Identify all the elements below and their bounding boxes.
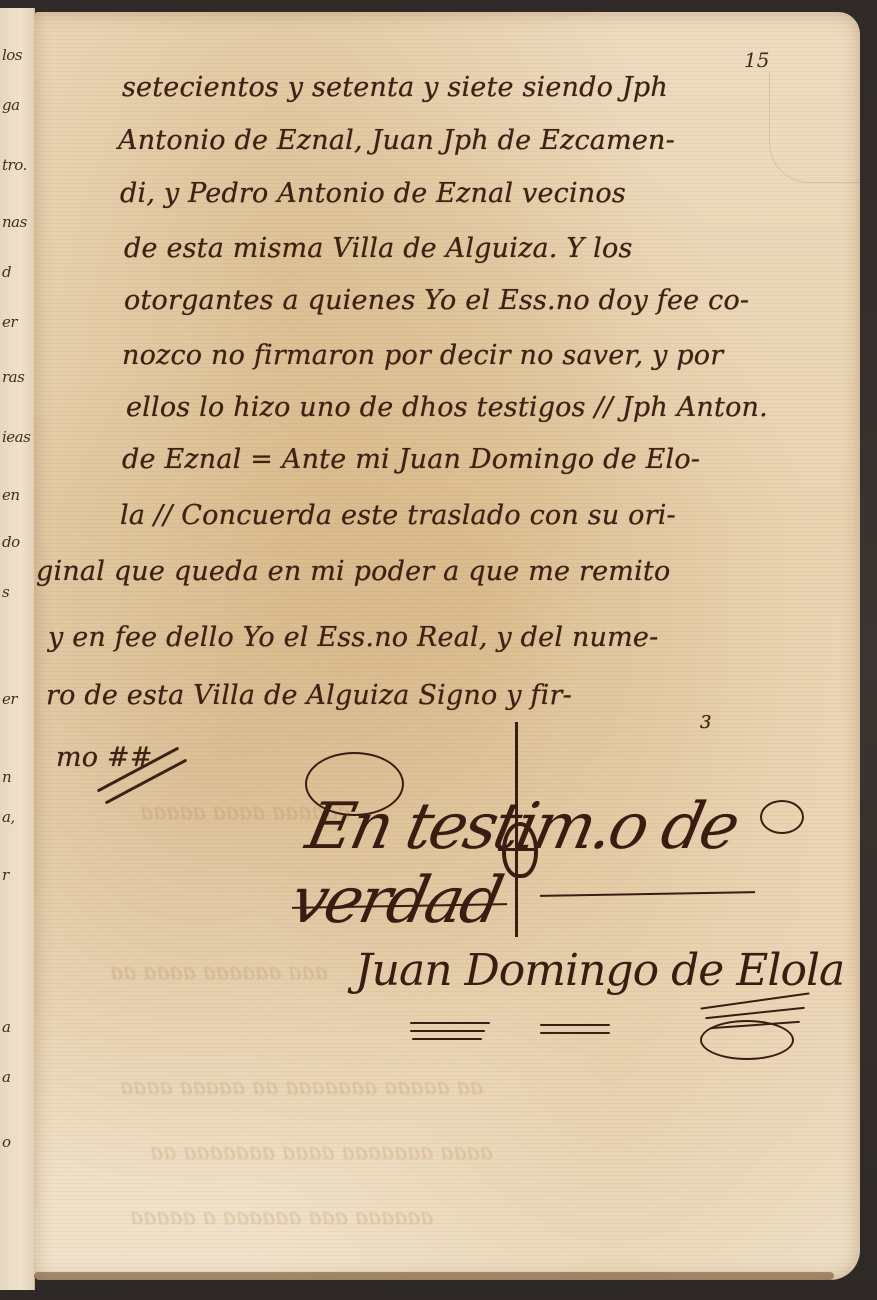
facing-fragment: a bbox=[2, 1068, 10, 1086]
bleed-through-text: aaaa aaaaaaa aaaa aaaaaaa aa bbox=[150, 1140, 493, 1165]
facing-fragment: en bbox=[2, 486, 20, 504]
text-line: y en fee dello Yo el Ess.no Real, y del … bbox=[48, 622, 658, 653]
text-line: ellos lo hizo uno de dhos testigos // Jp… bbox=[126, 392, 768, 423]
facing-fragment: er bbox=[2, 313, 17, 331]
facing-fragment: ras bbox=[2, 368, 24, 386]
facing-fragment: ga bbox=[2, 96, 20, 114]
facing-fragment: ieas bbox=[2, 428, 30, 446]
text-line: de Eznal = Ante mi Juan Domingo de Elo- bbox=[122, 444, 700, 475]
facing-fragment: o bbox=[2, 1133, 11, 1151]
rubric-stroke bbox=[412, 1038, 482, 1040]
text-line: ginal que queda en mi poder a que me rem… bbox=[36, 556, 670, 587]
facing-fragment: r bbox=[2, 866, 9, 884]
facing-fragment: a bbox=[2, 1018, 10, 1036]
facing-fragment: n bbox=[2, 768, 11, 786]
facing-fragment: do bbox=[2, 533, 20, 551]
text-line: setecientos y setenta y siete siendo Jph bbox=[122, 72, 668, 103]
rubric-stroke bbox=[540, 1024, 610, 1026]
rubric-stroke bbox=[410, 1030, 485, 1032]
rubric-flourish bbox=[760, 800, 804, 834]
text-line: otorgantes a quienes Yo el Ess.no doy fe… bbox=[124, 285, 749, 316]
facing-page-strip: los ga tro. nas d er ras ieas en do s er… bbox=[0, 8, 35, 1290]
bleed-through-text: aaa aaaaaa aaaa aa bbox=[110, 960, 328, 985]
bleed-through-text: aa aaaaa aaaaaaa aa aaaaa aaaa bbox=[120, 1075, 483, 1100]
text-line: nozco no firmaron por decir no saver, y … bbox=[122, 340, 723, 371]
text-line: Antonio de Eznal, Juan Jph de Ezcamen- bbox=[118, 125, 675, 156]
facing-fragment: er bbox=[2, 690, 17, 708]
bleed-through-text: aaaaaa aaa aaaaaa a aaaaa bbox=[130, 1205, 433, 1230]
facing-fragment: los bbox=[2, 46, 22, 64]
folio-number: 15 bbox=[744, 48, 769, 72]
text-line: ro de esta Villa de Alguiza Signo y fir- bbox=[46, 680, 572, 711]
facing-fragment: d bbox=[2, 263, 11, 281]
facing-fragment: a, bbox=[2, 808, 15, 826]
facing-fragment: nas bbox=[2, 213, 27, 231]
facing-fragment: tro. bbox=[2, 156, 27, 174]
rubric-flourish bbox=[700, 1020, 794, 1060]
text-line: de esta misma Villa de Alguiza. Y los bbox=[124, 233, 633, 264]
rubric-stroke bbox=[540, 1032, 610, 1034]
numeral-above-sign: 3 bbox=[700, 712, 712, 733]
page-bottom-edge bbox=[34, 1272, 834, 1280]
facing-fragment: s bbox=[2, 583, 9, 601]
text-line: la // Concuerda este traslado con su ori… bbox=[120, 500, 676, 531]
text-line: di, y Pedro Antonio de Eznal vecinos bbox=[120, 178, 626, 209]
rubric-stroke bbox=[410, 1022, 490, 1024]
notary-signature: Juan Domingo de Elola bbox=[355, 945, 844, 996]
